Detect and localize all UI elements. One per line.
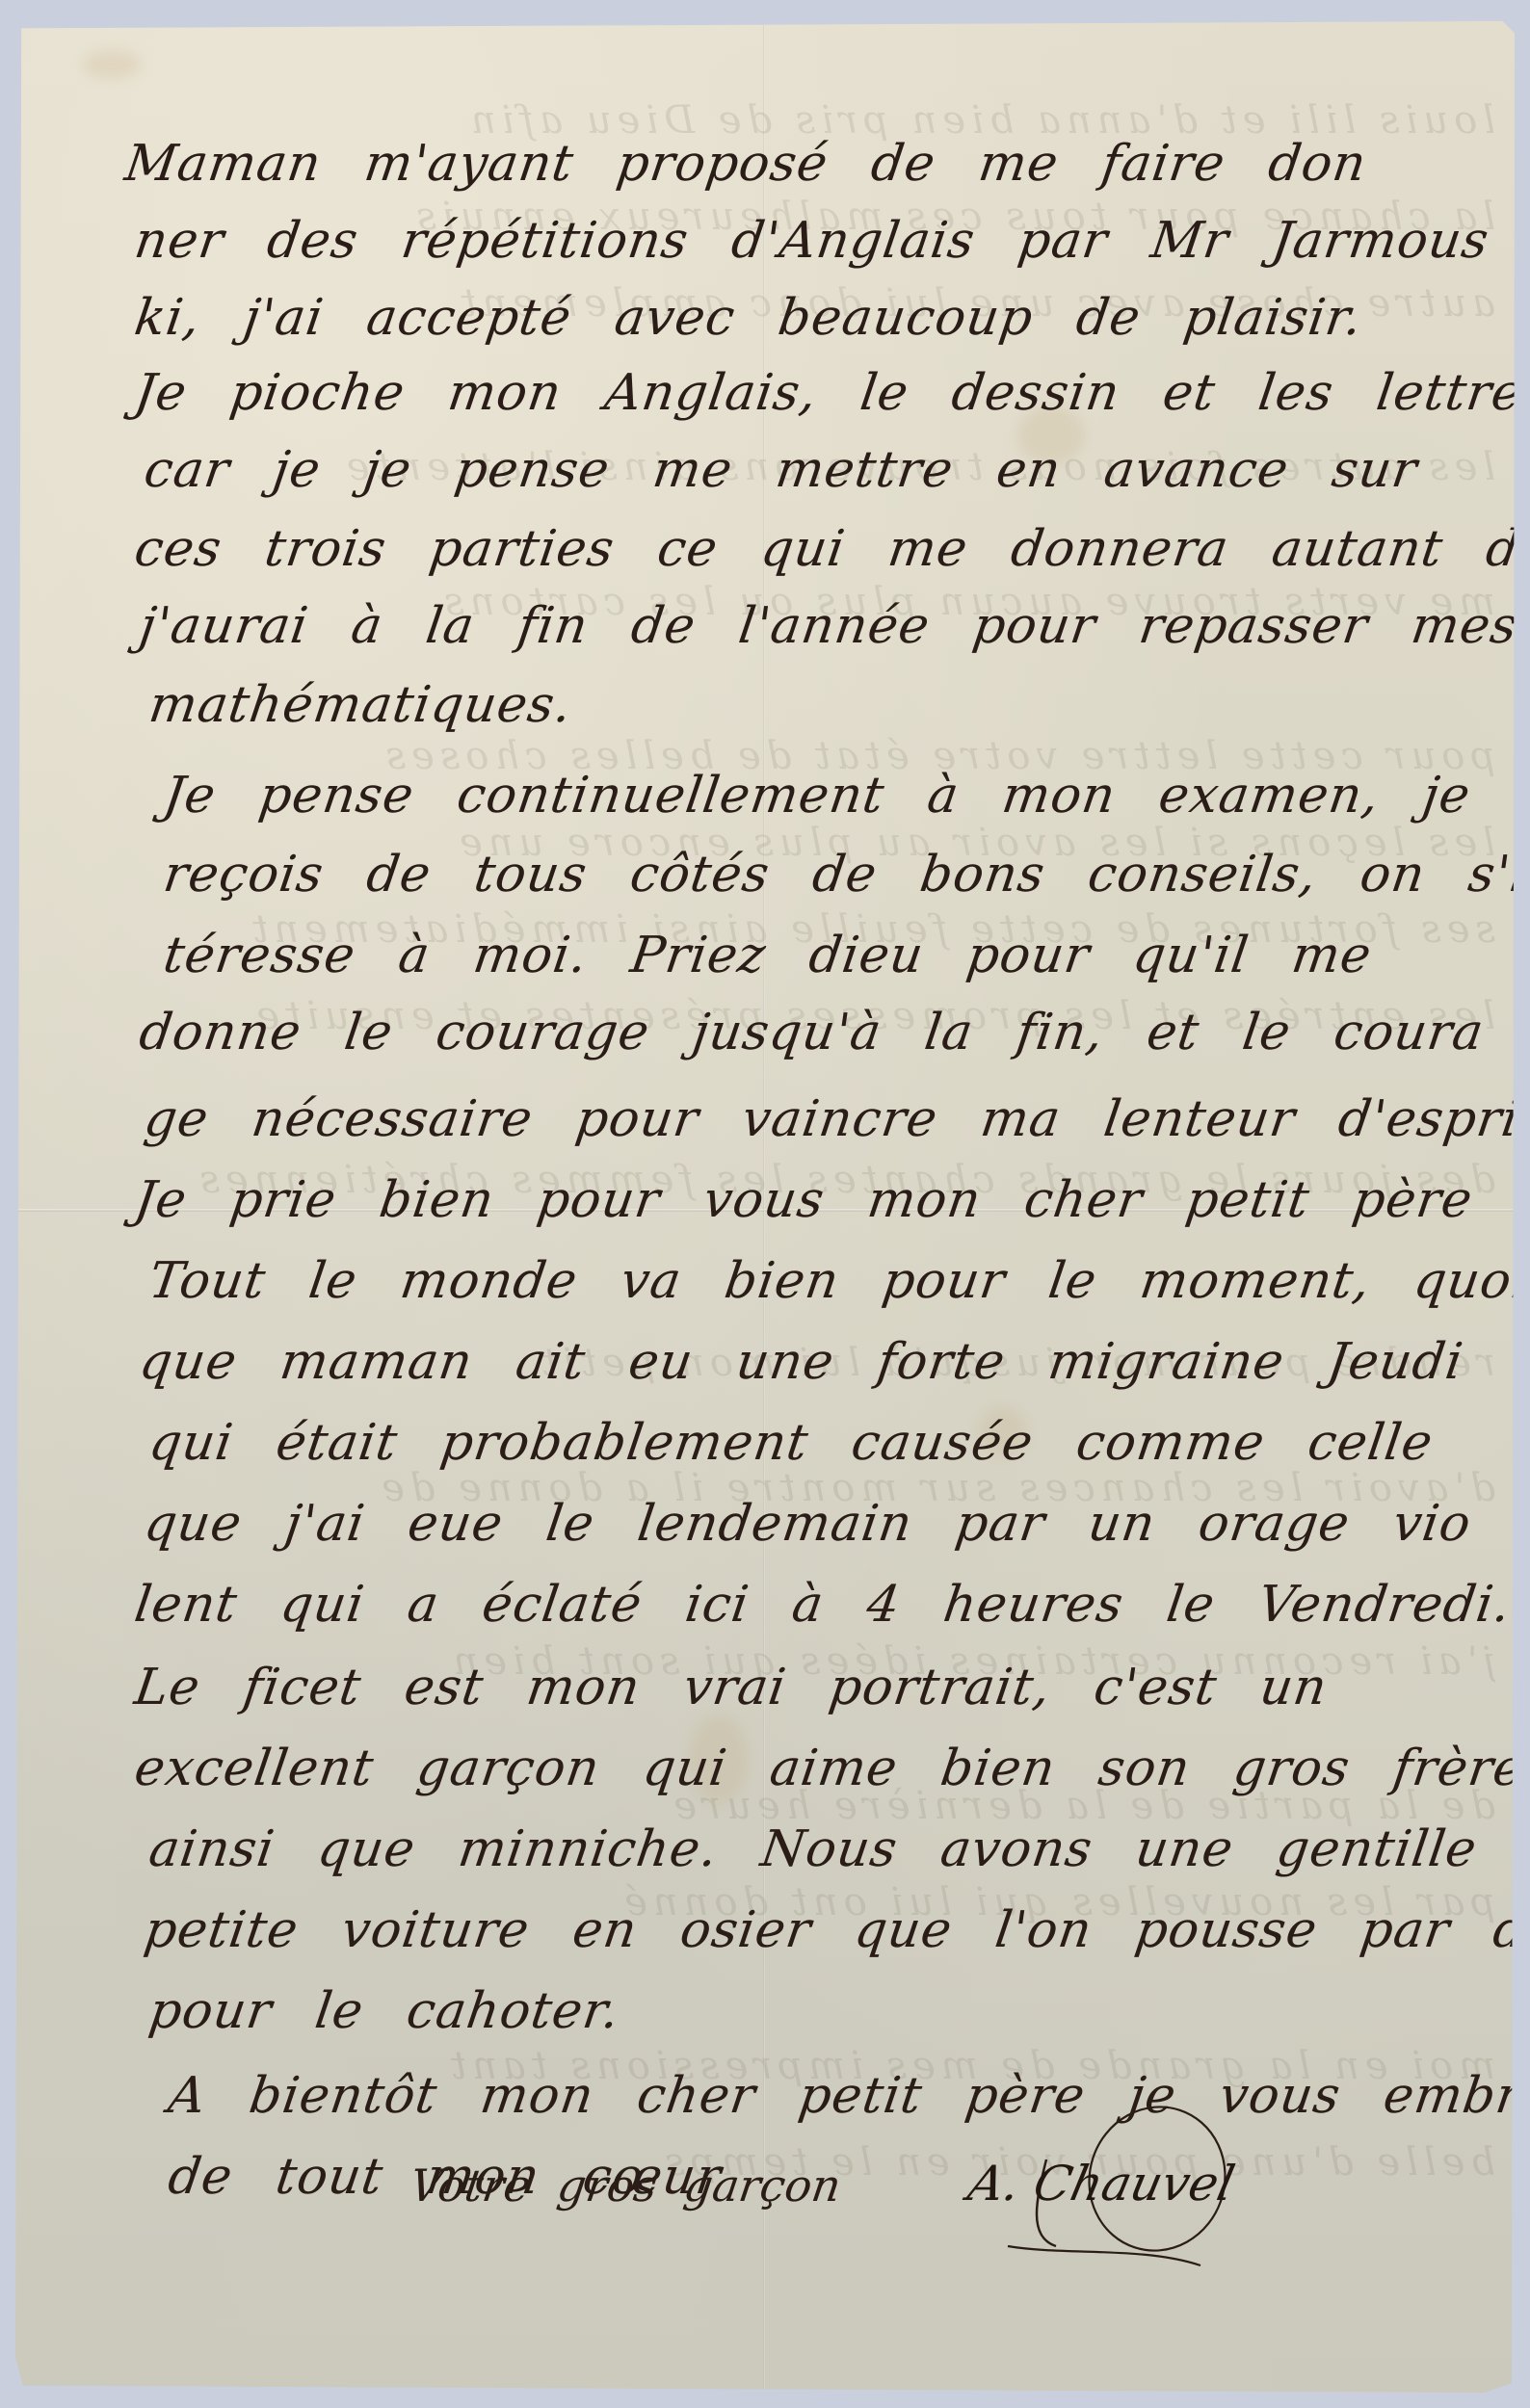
letter-line: car je je pense me mettre en avance sur [141, 441, 1421, 499]
letter-line: donne le courage jusqu'à la fin, et le c… [136, 1004, 1488, 1061]
letter-line: Le ficet est mon vrai portrait, c'est un [131, 1659, 1331, 1716]
letter-line: téresse à moi. Priez dieu pour qu'il me [160, 927, 1376, 984]
letter-line: ainsi que minniche. Nous avons une genti… [145, 1820, 1481, 1878]
signature-name: A. Chauvel [963, 2156, 1240, 2212]
letter-line: Je prie bien pour vous mon cher petit pè… [131, 1171, 1476, 1229]
letter-body: Maman m'ayant proposé de me faire don ne… [15, 21, 1515, 2393]
letter-line: qui était probablement causée comme cell… [145, 1414, 1437, 1472]
letter-line: ge nécessaire pour vaincre ma lenteur d'… [141, 1090, 1530, 1148]
letter-line: lent qui a éclaté ici à 4 heures le Vend… [131, 1576, 1515, 1634]
letter-line: ner des répétitions d'Anglais par Mr Jar… [131, 212, 1492, 270]
letter-line: excellent garçon qui aime bien son gros … [131, 1740, 1528, 1797]
letter-line: Tout le monde va bien pour le moment, qu… [145, 1252, 1530, 1310]
letter-line: petite voiture en osier que l'on pousse … [141, 1901, 1530, 1959]
letter-sheet: louis lili et d'anna bien pris de Dieu a… [15, 21, 1515, 2393]
letter-line: que j'ai eue le lendemain par un orage v… [141, 1495, 1475, 1553]
letter-closing: Votre gros garçon [407, 2159, 844, 2212]
letter-line: Je pioche mon Anglais, le dessin et les … [131, 364, 1530, 422]
letter-line: ki, j'ai accepté avec beaucoup de plaisi… [131, 289, 1366, 347]
letter-line: Maman m'ayant proposé de me faire don [121, 135, 1370, 193]
letter-line: que maman ait eu une forte migraine Jeud… [136, 1333, 1466, 1391]
letter-line: Je pense continuellement à mon examen, j… [160, 767, 1474, 824]
signature: A. Chauvel [950, 2102, 1335, 2275]
letter-line: reçois de tous côtés de bons conseils, o… [160, 846, 1530, 903]
letter-line: ces trois parties ce qui me donnera auta… [131, 520, 1530, 578]
letter-line: j'aurai à la fin de l'année pour repasse… [136, 597, 1521, 655]
letter-line: pour le cahoter. [145, 1982, 623, 2040]
letter-line: mathématiques. [145, 676, 576, 734]
